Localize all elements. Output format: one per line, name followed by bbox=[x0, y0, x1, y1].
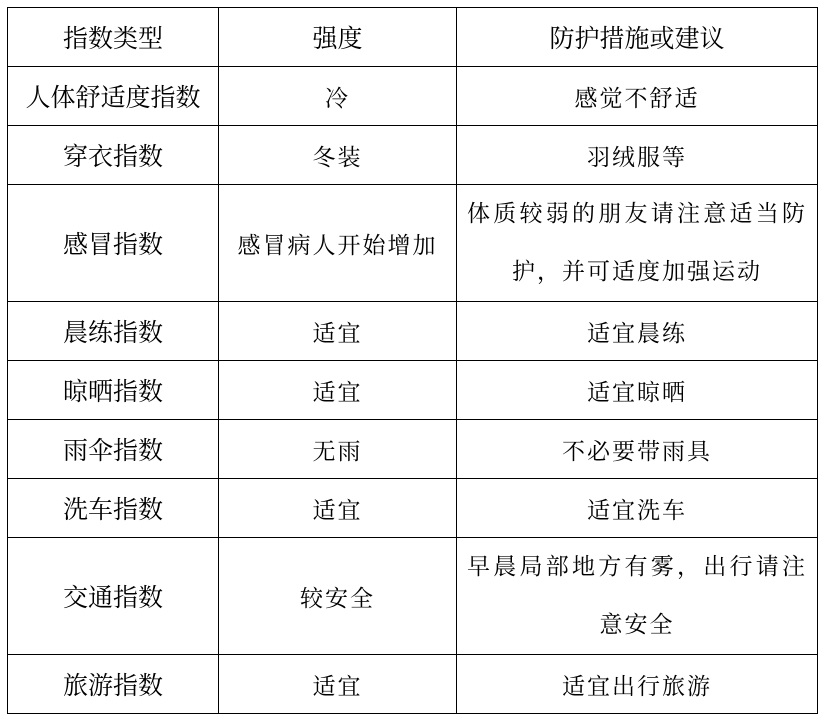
index-type-cell: 感冒指数 bbox=[8, 185, 219, 302]
table-header-row: 指数类型 强度 防护措施或建议 bbox=[8, 8, 818, 67]
level-cell: 适宜 bbox=[219, 361, 457, 420]
index-type-cell: 穿衣指数 bbox=[8, 126, 219, 185]
level-cell: 适宜 bbox=[219, 479, 457, 538]
level-cell: 适宜 bbox=[219, 302, 457, 361]
advice-cell: 不必要带雨具 bbox=[457, 420, 818, 479]
level-cell: 冷 bbox=[219, 67, 457, 126]
weather-index-table: 指数类型 强度 防护措施或建议 人体舒适度指数 冷 感觉不舒适 穿衣指数 冬装 … bbox=[7, 7, 818, 714]
level-cell: 感冒病人开始增加 bbox=[219, 185, 457, 302]
advice-cell: 适宜晾晒 bbox=[457, 361, 818, 420]
index-type-cell: 洗车指数 bbox=[8, 479, 219, 538]
advice-cell: 早晨局部地方有雾，出行请注意安全 bbox=[457, 538, 818, 655]
table-row: 晾晒指数 适宜 适宜晾晒 bbox=[8, 361, 818, 420]
index-type-cell: 雨伞指数 bbox=[8, 420, 219, 479]
level-cell: 无雨 bbox=[219, 420, 457, 479]
index-type-cell: 人体舒适度指数 bbox=[8, 67, 219, 126]
table-row: 人体舒适度指数 冷 感觉不舒适 bbox=[8, 67, 818, 126]
table-row: 洗车指数 适宜 适宜洗车 bbox=[8, 479, 818, 538]
advice-cell: 适宜出行旅游 bbox=[457, 655, 818, 714]
level-cell: 适宜 bbox=[219, 655, 457, 714]
index-type-cell: 晾晒指数 bbox=[8, 361, 219, 420]
table-row: 交通指数 较安全 早晨局部地方有雾，出行请注意安全 bbox=[8, 538, 818, 655]
header-advice: 防护措施或建议 bbox=[457, 8, 818, 67]
advice-cell: 感觉不舒适 bbox=[457, 67, 818, 126]
advice-cell: 体质较弱的朋友请注意适当防护，并可适度加强运动 bbox=[457, 185, 818, 302]
advice-cell: 适宜晨练 bbox=[457, 302, 818, 361]
index-type-cell: 旅游指数 bbox=[8, 655, 219, 714]
index-type-cell: 交通指数 bbox=[8, 538, 219, 655]
advice-cell: 适宜洗车 bbox=[457, 479, 818, 538]
index-type-cell: 晨练指数 bbox=[8, 302, 219, 361]
level-cell: 较安全 bbox=[219, 538, 457, 655]
table-row: 旅游指数 适宜 适宜出行旅游 bbox=[8, 655, 818, 714]
advice-cell: 羽绒服等 bbox=[457, 126, 818, 185]
table-row: 雨伞指数 无雨 不必要带雨具 bbox=[8, 420, 818, 479]
table-row: 穿衣指数 冬装 羽绒服等 bbox=[8, 126, 818, 185]
level-cell: 冬装 bbox=[219, 126, 457, 185]
header-level: 强度 bbox=[219, 8, 457, 67]
table-row: 感冒指数 感冒病人开始增加 体质较弱的朋友请注意适当防护，并可适度加强运动 bbox=[8, 185, 818, 302]
table-row: 晨练指数 适宜 适宜晨练 bbox=[8, 302, 818, 361]
header-index-type: 指数类型 bbox=[8, 8, 219, 67]
